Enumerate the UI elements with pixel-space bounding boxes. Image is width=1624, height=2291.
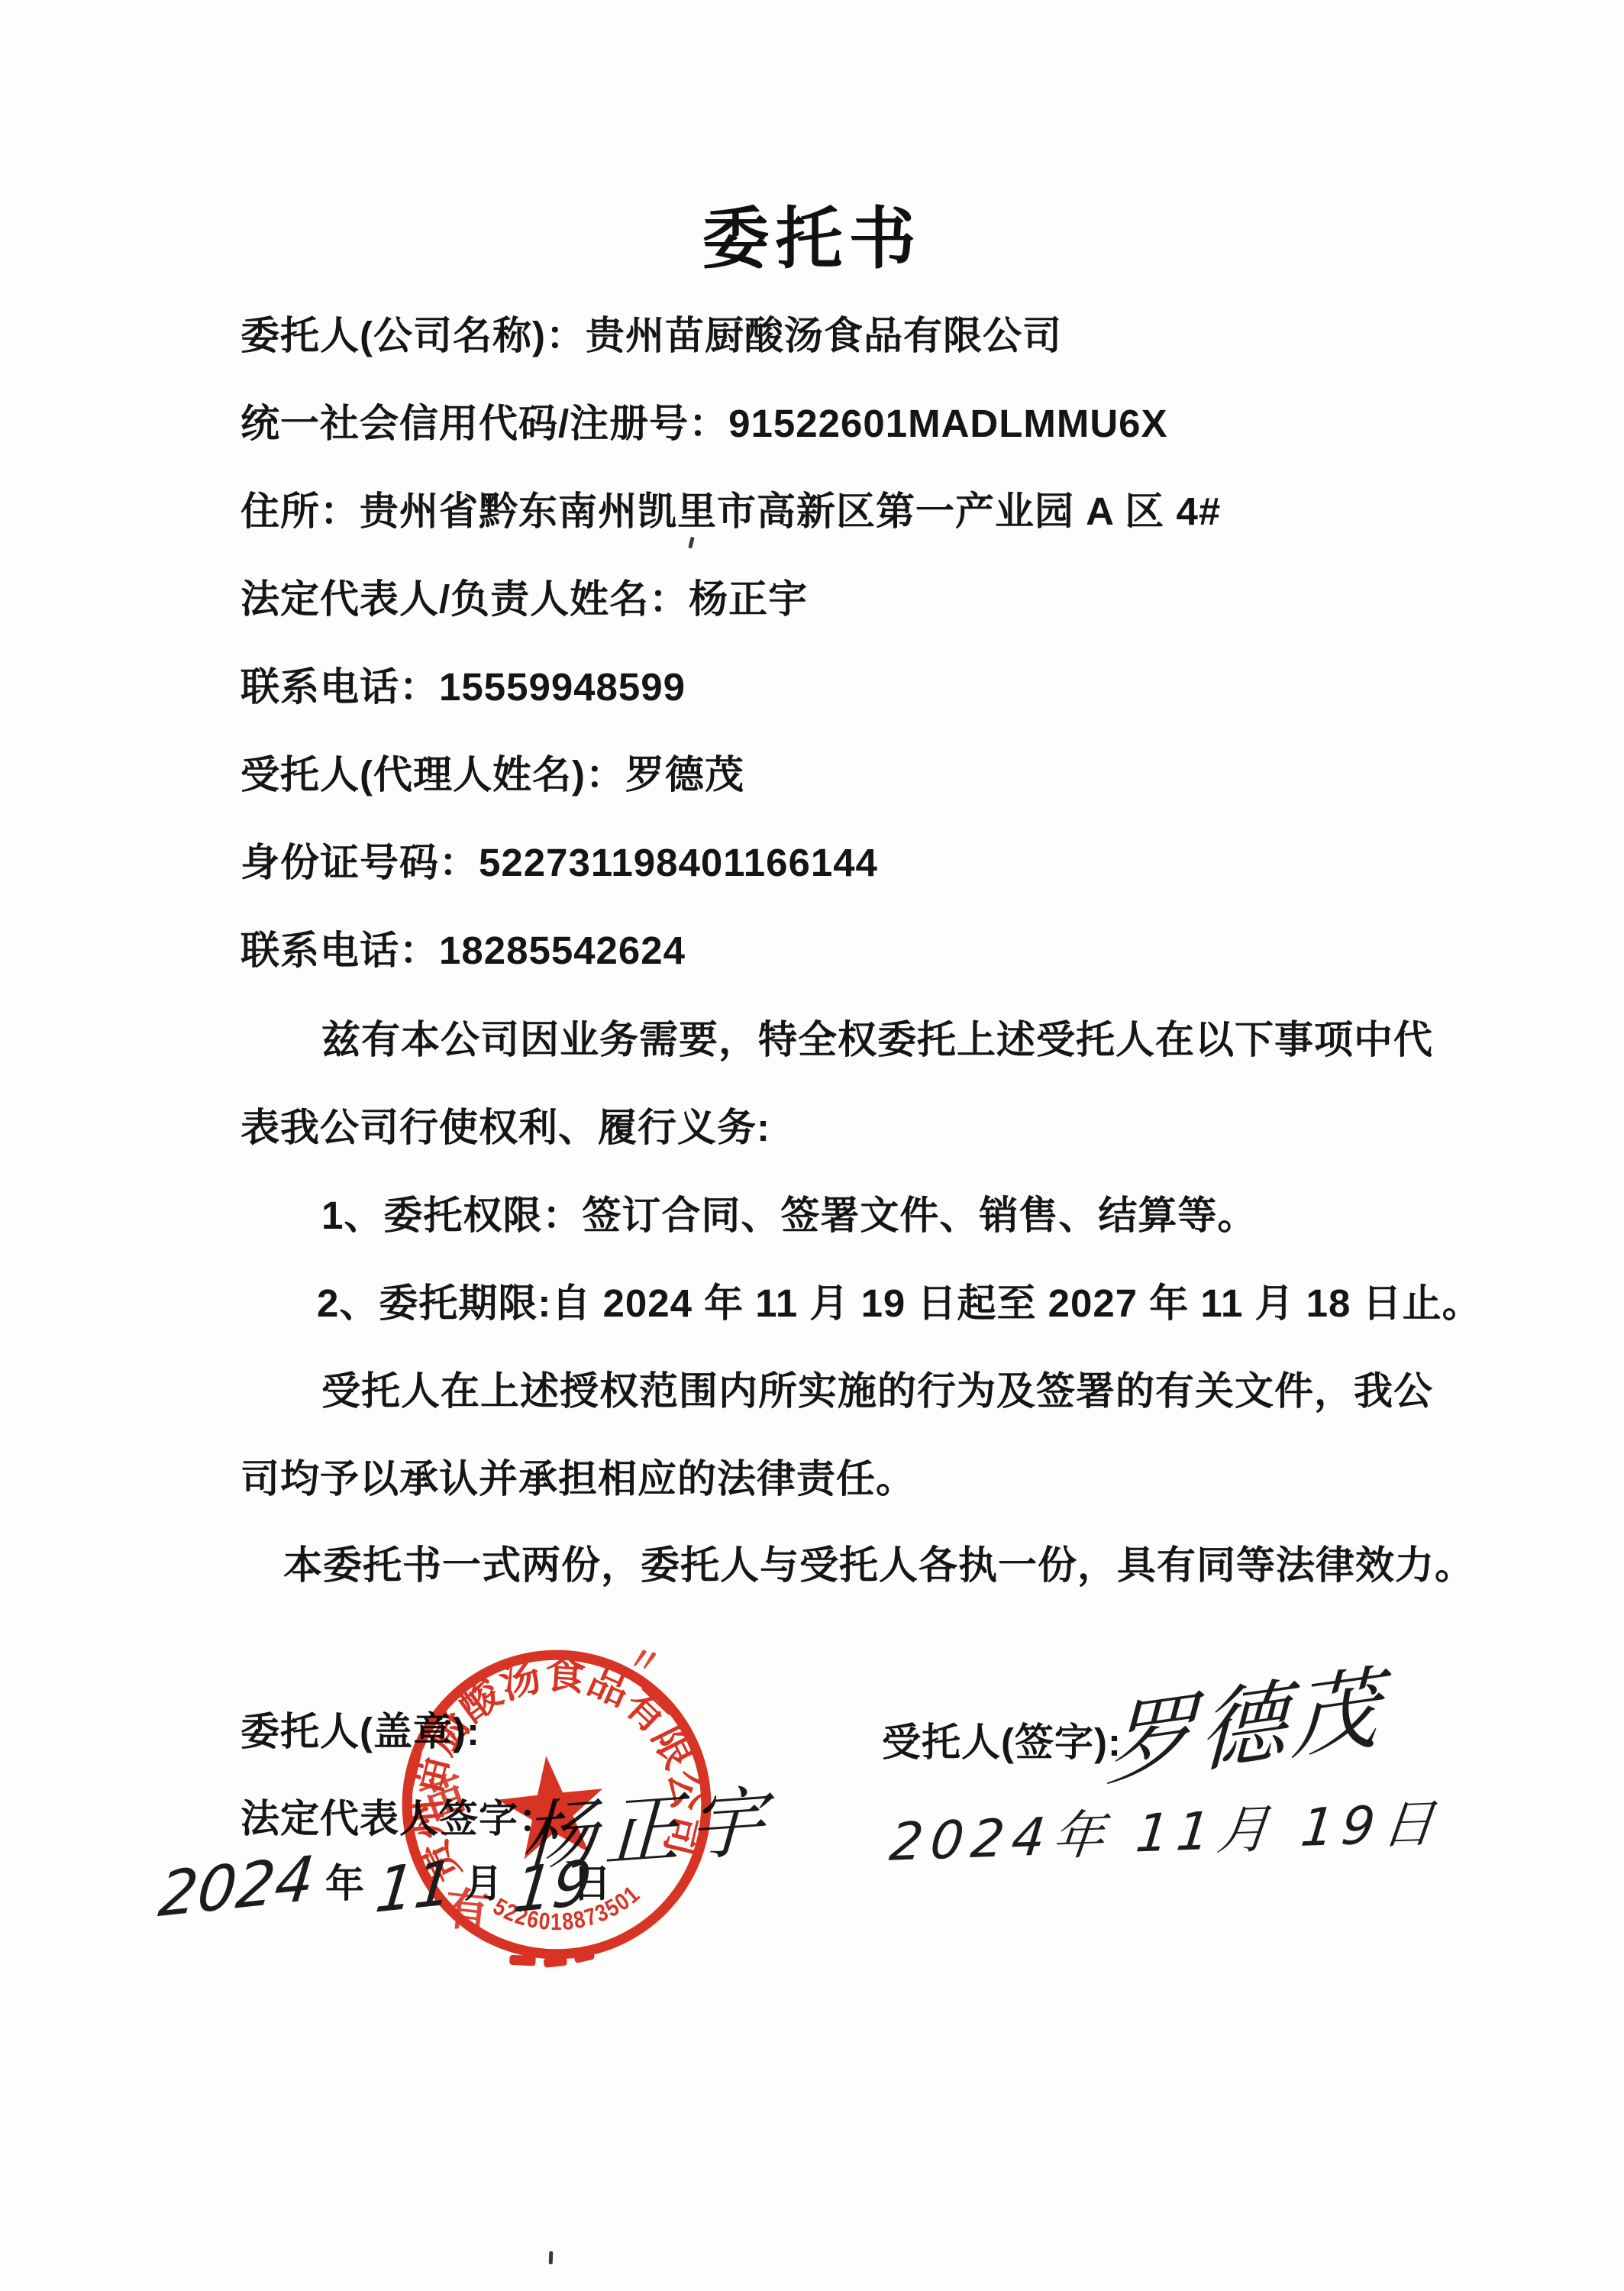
principal-date-month-unit: 月 [464,1852,503,1908]
line-authorization-1: 兹有本公司因业务需要，特全权委托上述受托人在以下事项中代 [321,1008,1433,1065]
line-item-2: 2、委托期限:自 2024 年 11 月 19 日起至 2027 年 11 月 … [317,1272,1482,1328]
line-liability-1: 受托人在上述授权范围内所实施的行为及签署的有关文件，我公 [321,1359,1433,1416]
principal-date: 2024 年 11 月 19 日 [159,1851,619,1922]
stray-mark [688,537,694,549]
line-copies: 本委托书一式两份，委托人与受托人各执一份，具有同等法律效力。 [283,1533,1474,1590]
agent-handwritten-signature: 罗德茂 [1105,1635,1386,1803]
principal-date-year: 2024 [156,1843,318,1931]
line-authorization-2: 表我公司行使权利、履行义务: [241,1096,770,1152]
line-principal-phone: 联系电话：15559948599 [241,655,686,712]
principal-date-year-unit: 年 [325,1852,364,1908]
line-liability-2: 司均予以承认并承担相应的法律责任。 [241,1447,915,1504]
line-address: 住所：贵州省黔东南州凯里市高新区第一产业园 A 区 4# [241,480,1221,536]
line-agent-name: 受托人(代理人姓名)：罗德茂 [241,743,744,800]
document-title: 委托书 [0,186,1624,282]
seal-ghost-mark-3: 〃 [622,1637,667,1685]
line-agent-id-number: 身份证号码：522731198401166144 [241,831,878,887]
line-agent-phone: 联系电话：18285542624 [241,919,686,975]
document-page: 委托书 委托人(公司名称)：贵州苗厨酸汤食品有限公司 统一社会信用代码/注册号：… [0,0,1624,2291]
seal-smudge-notch [509,1955,536,1966]
line-credit-code: 统一社会信用代码/注册号：91522601MADLMMU6X [241,392,1168,448]
line-principal-company: 委托人(公司名称)：贵州苗厨酸汤食品有限公司 [241,304,1062,360]
stray-mark [549,2251,554,2264]
line-legal-rep-name: 法定代表人/负责人姓名：杨正宇 [241,567,808,624]
principal-date-day: 19 [511,1847,596,1927]
agent-sign-label: 受托人(签字): [882,1711,1122,1767]
line-item-1: 1、委托权限：签订合同、签署文件、销售、结算等。 [321,1184,1257,1240]
agent-date: 2024年 11月 19日 [886,1782,1446,1876]
principal-date-month: 11 [372,1847,457,1927]
